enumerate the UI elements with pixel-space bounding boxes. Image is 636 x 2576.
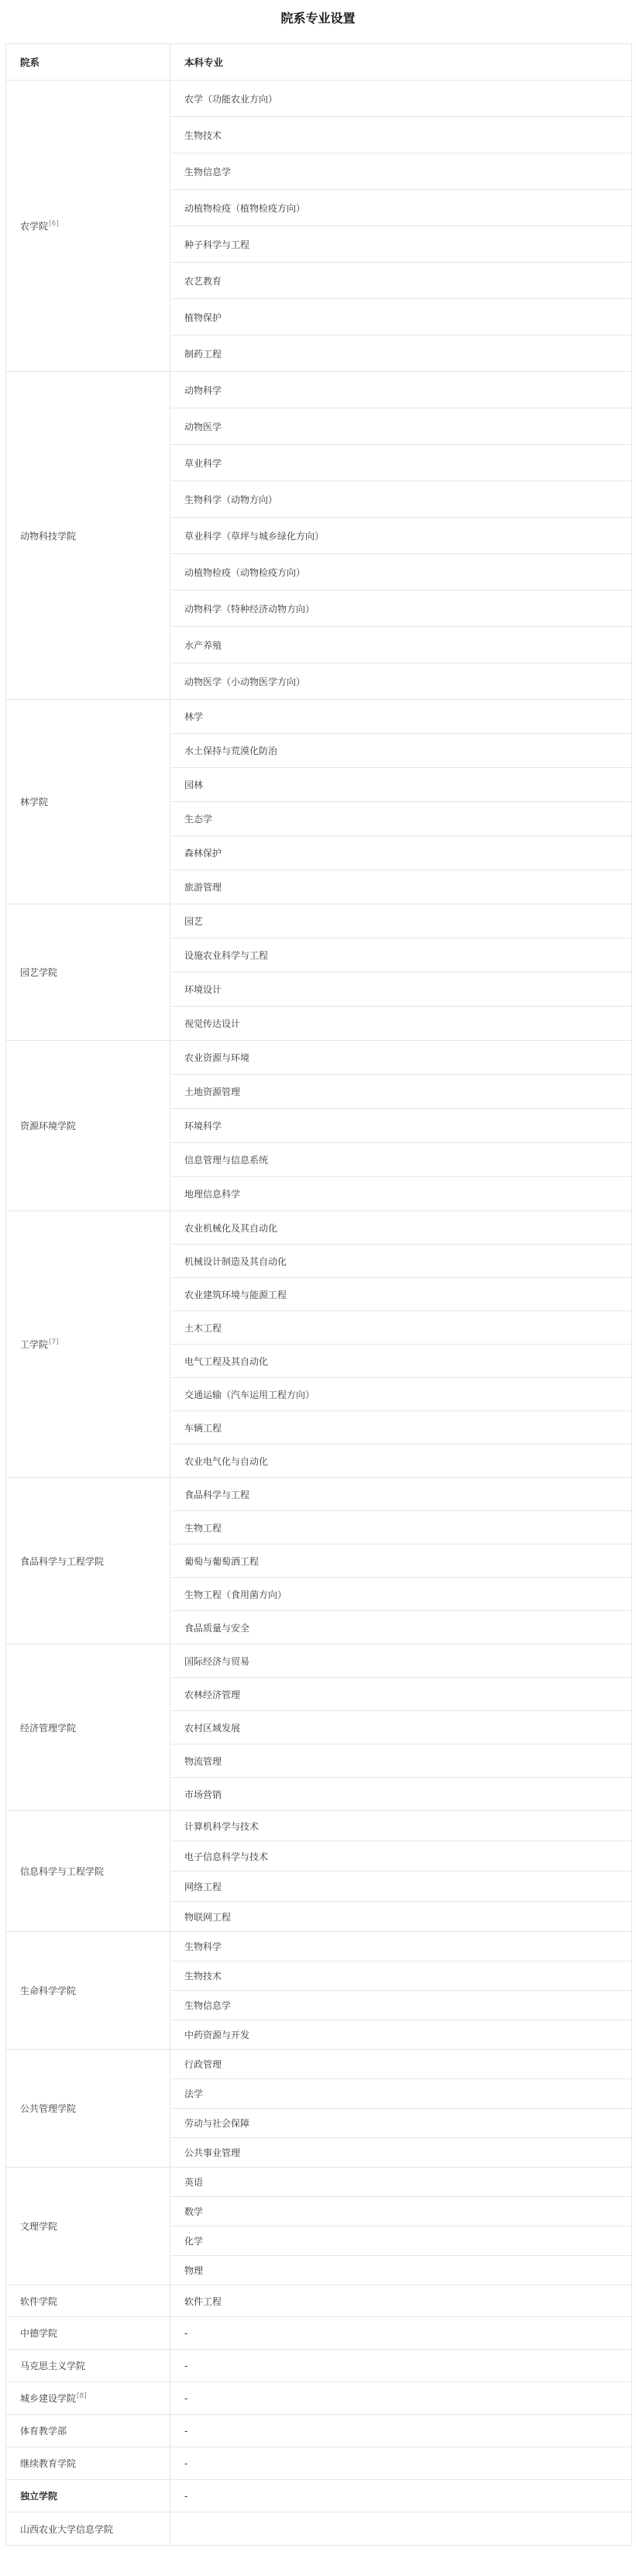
header-college: 院系	[6, 44, 170, 81]
college-name[interactable]: 林学院	[20, 797, 48, 808]
college-cell: 食品科学与工程学院	[6, 1478, 170, 1644]
major-cell[interactable]: 生物信息学	[170, 1991, 632, 2020]
major-cell[interactable]: 车辆工程	[170, 1411, 632, 1445]
college-name[interactable]: 工学院	[20, 1339, 48, 1350]
college-name[interactable]: 信息科学与工程学院	[20, 1866, 104, 1877]
college-cell: 软件学院	[6, 2285, 170, 2317]
college-name[interactable]: 经济管理学院	[20, 1723, 76, 1734]
college-name[interactable]: 动物科技学院	[20, 531, 76, 542]
major-cell[interactable]: 食品质量与安全	[170, 1611, 632, 1644]
college-name[interactable]: 生命科学学院	[20, 1985, 76, 1996]
college-name[interactable]: 中德学院	[20, 2328, 57, 2339]
major-cell[interactable]: 生态学	[170, 802, 632, 836]
major-cell[interactable]: 动植物检疫（植物检疫方向）	[170, 190, 632, 226]
major-cell[interactable]: 英语	[170, 2168, 632, 2197]
major-cell[interactable]: 设施农业科学与工程	[170, 938, 632, 973]
reference-link[interactable]: [6]	[49, 220, 59, 228]
college-name[interactable]: 继续教育学院	[20, 2458, 76, 2469]
major-cell[interactable]: 农业资源与环境	[170, 1041, 632, 1075]
major-cell[interactable]: 草业科学（草坪与城乡绿化方向）	[170, 518, 632, 554]
college-majors-table: 院系 本科专业 农学院[6]农学（功能农业方向）生物技术生物信息学动植物检疫（植…	[5, 43, 632, 2546]
table-row: 城乡建设学院[8]-	[6, 2382, 632, 2415]
major-cell[interactable]: 网络工程	[170, 1872, 632, 1902]
table-row: 农学院[6]农学（功能农业方向）	[6, 81, 632, 117]
major-cell: -	[170, 2480, 632, 2512]
major-cell[interactable]: 计算机科学与技术	[170, 1811, 632, 1841]
major-cell[interactable]: 农村区域发展	[170, 1711, 632, 1744]
major-cell[interactable]: 公共事业管理	[170, 2138, 632, 2168]
college-name[interactable]: 体育教学部	[20, 2426, 67, 2437]
college-cell: 山西农业大学信息学院	[6, 2512, 170, 2546]
page-title: 院系专业设置	[0, 9, 636, 28]
table-row: 生命科学学院生物科学	[6, 1932, 632, 1961]
major-cell[interactable]: 生物科学（动物方向）	[170, 481, 632, 518]
major-cell[interactable]: 交通运输（汽车运用工程方向）	[170, 1378, 632, 1411]
major-cell[interactable]: 农艺教育	[170, 263, 632, 299]
table-row: 体育教学部-	[6, 2415, 632, 2447]
major-cell[interactable]: 信息管理与信息系统	[170, 1143, 632, 1177]
major-cell[interactable]: 林学	[170, 700, 632, 734]
major-cell[interactable]: 园艺	[170, 904, 632, 938]
major-cell[interactable]: 物联网工程	[170, 1902, 632, 1932]
major-cell[interactable]: 电子信息科学与技术	[170, 1841, 632, 1872]
major-cell[interactable]: 中药资源与开发	[170, 2020, 632, 2050]
major-cell[interactable]: 农学（功能农业方向）	[170, 81, 632, 117]
major-cell[interactable]: 生物工程（食用菌方向）	[170, 1578, 632, 1611]
major-cell[interactable]: 法学	[170, 2079, 632, 2109]
table-header-row: 院系 本科专业	[6, 44, 632, 81]
major-cell[interactable]: 农林经济管理	[170, 1678, 632, 1711]
major-cell[interactable]: 园林	[170, 768, 632, 802]
major-cell[interactable]: 软件工程	[170, 2285, 632, 2317]
college-cell: 文理学院	[6, 2168, 170, 2285]
major-cell[interactable]: 数学	[170, 2197, 632, 2226]
table-row: 园艺学院园艺	[6, 904, 632, 938]
college-cell: 工学院[7]	[6, 1211, 170, 1478]
major-cell[interactable]: 动物科学（特种经济动物方向）	[170, 591, 632, 627]
table-row: 中德学院-	[6, 2317, 632, 2350]
major-cell[interactable]: 食品科学与工程	[170, 1478, 632, 1511]
table-row: 食品科学与工程学院食品科学与工程	[6, 1478, 632, 1511]
major-cell[interactable]: 行政管理	[170, 2050, 632, 2079]
major-cell[interactable]: 种子科学与工程	[170, 226, 632, 263]
college-cell: 中德学院	[6, 2317, 170, 2350]
college-name[interactable]: 软件学院	[20, 2296, 57, 2307]
table-row: 动物科技学院动物科学	[6, 372, 632, 408]
table-body: 农学院[6]农学（功能农业方向）生物技术生物信息学动植物检疫（植物检疫方向）种子…	[6, 81, 632, 2546]
college-cell: 林学院	[6, 700, 170, 904]
college-cell: 资源环境学院	[6, 1041, 170, 1211]
major-cell[interactable]: 森林保护	[170, 836, 632, 870]
college-name[interactable]: 农学院	[20, 221, 48, 232]
table-row: 马克思主义学院-	[6, 2350, 632, 2382]
college-name[interactable]: 资源环境学院	[20, 1121, 76, 1131]
major-cell	[170, 2512, 632, 2546]
major-cell[interactable]: 电气工程及其自动化	[170, 1345, 632, 1378]
major-cell[interactable]: 制药工程	[170, 336, 632, 372]
college-cell: 园艺学院	[6, 904, 170, 1041]
reference-link[interactable]: [7]	[49, 1338, 59, 1346]
major-cell[interactable]: 动植物检疫（动物检疫方向）	[170, 554, 632, 591]
major-cell[interactable]: 水产养殖	[170, 627, 632, 663]
major-cell[interactable]: 环境科学	[170, 1109, 632, 1143]
table-row: 林学院林学	[6, 700, 632, 734]
table-row: 文理学院英语	[6, 2168, 632, 2197]
college-name[interactable]: 文理学院	[20, 2221, 57, 2232]
table-row: 公共管理学院行政管理	[6, 2050, 632, 2079]
major-cell[interactable]: 物流管理	[170, 1744, 632, 1778]
college-cell: 农学院[6]	[6, 81, 170, 372]
table-row: 信息科学与工程学院计算机科学与技术	[6, 1811, 632, 1841]
college-name[interactable]: 食品科学与工程学院	[20, 1556, 104, 1567]
college-cell: 动物科技学院	[6, 372, 170, 700]
major-cell[interactable]: 农业机械化及其自动化	[170, 1211, 632, 1245]
major-cell: -	[170, 2350, 632, 2382]
college-cell: 独立学院	[6, 2480, 170, 2512]
major-cell[interactable]: 植物保护	[170, 299, 632, 336]
college-cell: 马克思主义学院	[6, 2350, 170, 2382]
table-row: 工学院[7]农业机械化及其自动化	[6, 1211, 632, 1245]
major-cell[interactable]: 生物工程	[170, 1511, 632, 1545]
table-row: 独立学院-	[6, 2480, 632, 2512]
college-cell: 城乡建设学院[8]	[6, 2382, 170, 2415]
major-cell[interactable]: 生物科学	[170, 1932, 632, 1961]
major-cell[interactable]: 动物医学	[170, 408, 632, 445]
major-cell: -	[170, 2415, 632, 2447]
college-cell: 生命科学学院	[6, 1932, 170, 2050]
major-cell[interactable]: 市场营销	[170, 1778, 632, 1811]
major-cell[interactable]: 草业科学	[170, 445, 632, 481]
major-cell[interactable]: 劳动与社会保障	[170, 2109, 632, 2138]
table-row: 资源环境学院农业资源与环境	[6, 1041, 632, 1075]
major-cell[interactable]: 动物医学（小动物医学方向）	[170, 663, 632, 700]
college-name[interactable]: 城乡建设学院	[20, 2393, 76, 2404]
college-cell: 信息科学与工程学院	[6, 1811, 170, 1932]
major-cell[interactable]: 视觉传达设计	[170, 1007, 632, 1041]
major-cell[interactable]: 农业建筑环境与能源工程	[170, 1278, 632, 1311]
table-row: 继续教育学院-	[6, 2447, 632, 2480]
major-cell[interactable]: 生物技术	[170, 1961, 632, 1991]
table-row: 软件学院软件工程	[6, 2285, 632, 2317]
table-row: 山西农业大学信息学院	[6, 2512, 632, 2546]
college-cell: 继续教育学院	[6, 2447, 170, 2480]
major-cell[interactable]: 化学	[170, 2226, 632, 2256]
college-name[interactable]: 公共管理学院	[20, 2103, 76, 2114]
major-cell[interactable]: 环境设计	[170, 973, 632, 1007]
college-cell: 体育教学部	[6, 2415, 170, 2447]
major-cell[interactable]: 生物信息学	[170, 153, 632, 190]
college-name[interactable]: 园艺学院	[20, 967, 57, 978]
major-cell: -	[170, 2382, 632, 2415]
major-cell[interactable]: 物理	[170, 2256, 632, 2285]
major-cell: -	[170, 2447, 632, 2480]
major-cell[interactable]: 地理信息科学	[170, 1177, 632, 1211]
major-cell[interactable]: 国际经济与贸易	[170, 1644, 632, 1678]
major-cell: -	[170, 2317, 632, 2350]
header-majors: 本科专业	[170, 44, 632, 81]
college-cell: 经济管理学院	[6, 1644, 170, 1811]
college-name[interactable]: 独立学院	[20, 2491, 57, 2502]
major-cell[interactable]: 葡萄与葡萄酒工程	[170, 1545, 632, 1578]
college-name[interactable]: 山西农业大学信息学院	[20, 2524, 113, 2535]
table-row: 经济管理学院国际经济与贸易	[6, 1644, 632, 1678]
reference-link[interactable]: [8]	[77, 2392, 87, 2400]
college-cell: 公共管理学院	[6, 2050, 170, 2168]
major-cell[interactable]: 生物技术	[170, 117, 632, 153]
college-name[interactable]: 马克思主义学院	[20, 2361, 85, 2371]
major-cell[interactable]: 水土保持与荒漠化防治	[170, 734, 632, 768]
major-cell[interactable]: 农业电气化与自动化	[170, 1445, 632, 1478]
major-cell[interactable]: 动物科学	[170, 372, 632, 408]
major-cell[interactable]: 机械设计制造及其自动化	[170, 1245, 632, 1278]
major-cell[interactable]: 土地资源管理	[170, 1075, 632, 1109]
major-cell[interactable]: 旅游管理	[170, 870, 632, 904]
major-cell[interactable]: 土木工程	[170, 1311, 632, 1345]
